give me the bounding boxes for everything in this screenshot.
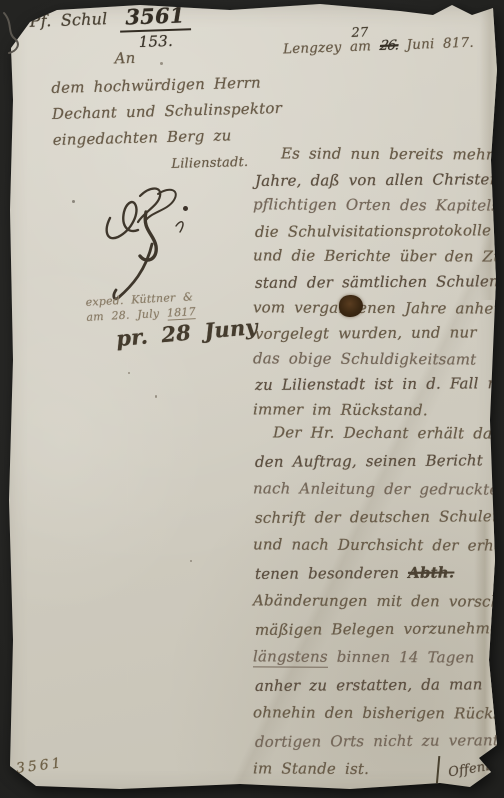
handwritten-line: Abänderungen mit den vorschrift- bbox=[253, 591, 504, 620]
handwritten-line: dortigen Orts nicht zu verantworten bbox=[255, 731, 504, 761]
dateline-corrected-day: 27 bbox=[351, 25, 368, 41]
handwritten-line-with-underline: längstens binnen 14 Tagen bbox=[253, 647, 504, 676]
handwritten-line: vorgelegt wurden, und nur bbox=[255, 323, 504, 350]
registry-label: Pf. Schul bbox=[29, 5, 108, 31]
handwritten-line: Es sind nun bereits mehr als 2 bbox=[281, 144, 504, 171]
handwritten-line: schrift der deutschen Schulen bbox=[255, 507, 504, 537]
handwritten-line-with-strikeout: tenen besonderen Abth. bbox=[255, 563, 504, 593]
signature-paraph-icon bbox=[88, 182, 198, 307]
edge-pen-mark-icon bbox=[1, 9, 25, 55]
handwritten-line: Jahre, daß von allen Christenlehr- bbox=[255, 170, 504, 197]
underlined-word: längstens bbox=[253, 647, 328, 667]
line-text: tenen besonderen bbox=[255, 564, 408, 583]
address-line: eingedachten Berg zu bbox=[52, 121, 283, 153]
handwritten-line: das obige Schuldigkeitsamt bbox=[253, 349, 504, 376]
ink-dot bbox=[72, 200, 75, 203]
docket-date-year: 1817 bbox=[167, 305, 196, 320]
handwritten-line: zu Lilienstadt ist in d. Fall noch bbox=[255, 374, 504, 401]
handwritten-line: den Auftrag, seinen Bericht bbox=[255, 451, 504, 481]
handwritten-line: die Schulvisitationsprotokolle bbox=[255, 221, 504, 248]
docket-date-prefix: am 28. July bbox=[86, 307, 167, 324]
footer-registry-number: 3561 bbox=[15, 755, 64, 777]
handwritten-line: anher zu erstatten, da man bbox=[255, 675, 504, 705]
address-salutation: An bbox=[114, 41, 281, 71]
handwritten-line: vom vergangenen Jahre anher bbox=[253, 298, 504, 325]
handwritten-line: nach Anleitung der gedruckten Vor- bbox=[253, 479, 504, 508]
handwritten-line: und die Berichte über den Zu- bbox=[253, 247, 504, 274]
address-block: An dem hochwürdigen Herrn Dechant und Sc… bbox=[50, 41, 283, 181]
dateline-crossed-out: 26. bbox=[378, 37, 399, 54]
line-text: binnen 14 Tagen bbox=[328, 648, 475, 667]
body-paragraph-1: Es sind nun bereits mehr als 2 Jahre, da… bbox=[253, 145, 504, 427]
dateline-place: Lengzey am bbox=[283, 38, 372, 57]
struck-word: Abth. bbox=[408, 564, 454, 582]
paper-sheet: Pf. Schul 3561 153. An dem hochwürdigen … bbox=[0, 0, 504, 798]
handwritten-line: ohnehin den bisherigen Rückstand bbox=[253, 703, 504, 732]
handwritten-line: mäßigen Belegen vorzunehmen bbox=[255, 619, 504, 649]
registry-number: 3561 bbox=[119, 2, 191, 32]
handwritten-line: pflichtigen Orten des Kapitels bbox=[253, 196, 504, 223]
body-paragraph-2: Der Hr. Dechant erhält daher den Auftrag… bbox=[253, 424, 504, 788]
ink-dot bbox=[183, 206, 188, 211]
letter-page: Pf. Schul 3561 153. An dem hochwürdigen … bbox=[0, 0, 504, 798]
dateline-rest: Juni 817. bbox=[406, 35, 474, 53]
docket-note: exped. Küttner & am 28. July 1817 bbox=[85, 289, 196, 325]
handwritten-line: und nach Durchsicht der erhal- bbox=[253, 535, 504, 564]
handwritten-line: stand der sämtlichen Schulen bbox=[255, 272, 504, 299]
dateline: Lengzey am 26. Juni 817. 27 bbox=[283, 35, 474, 58]
handwritten-line: Der Hr. Dechant erhält daher bbox=[273, 423, 504, 452]
